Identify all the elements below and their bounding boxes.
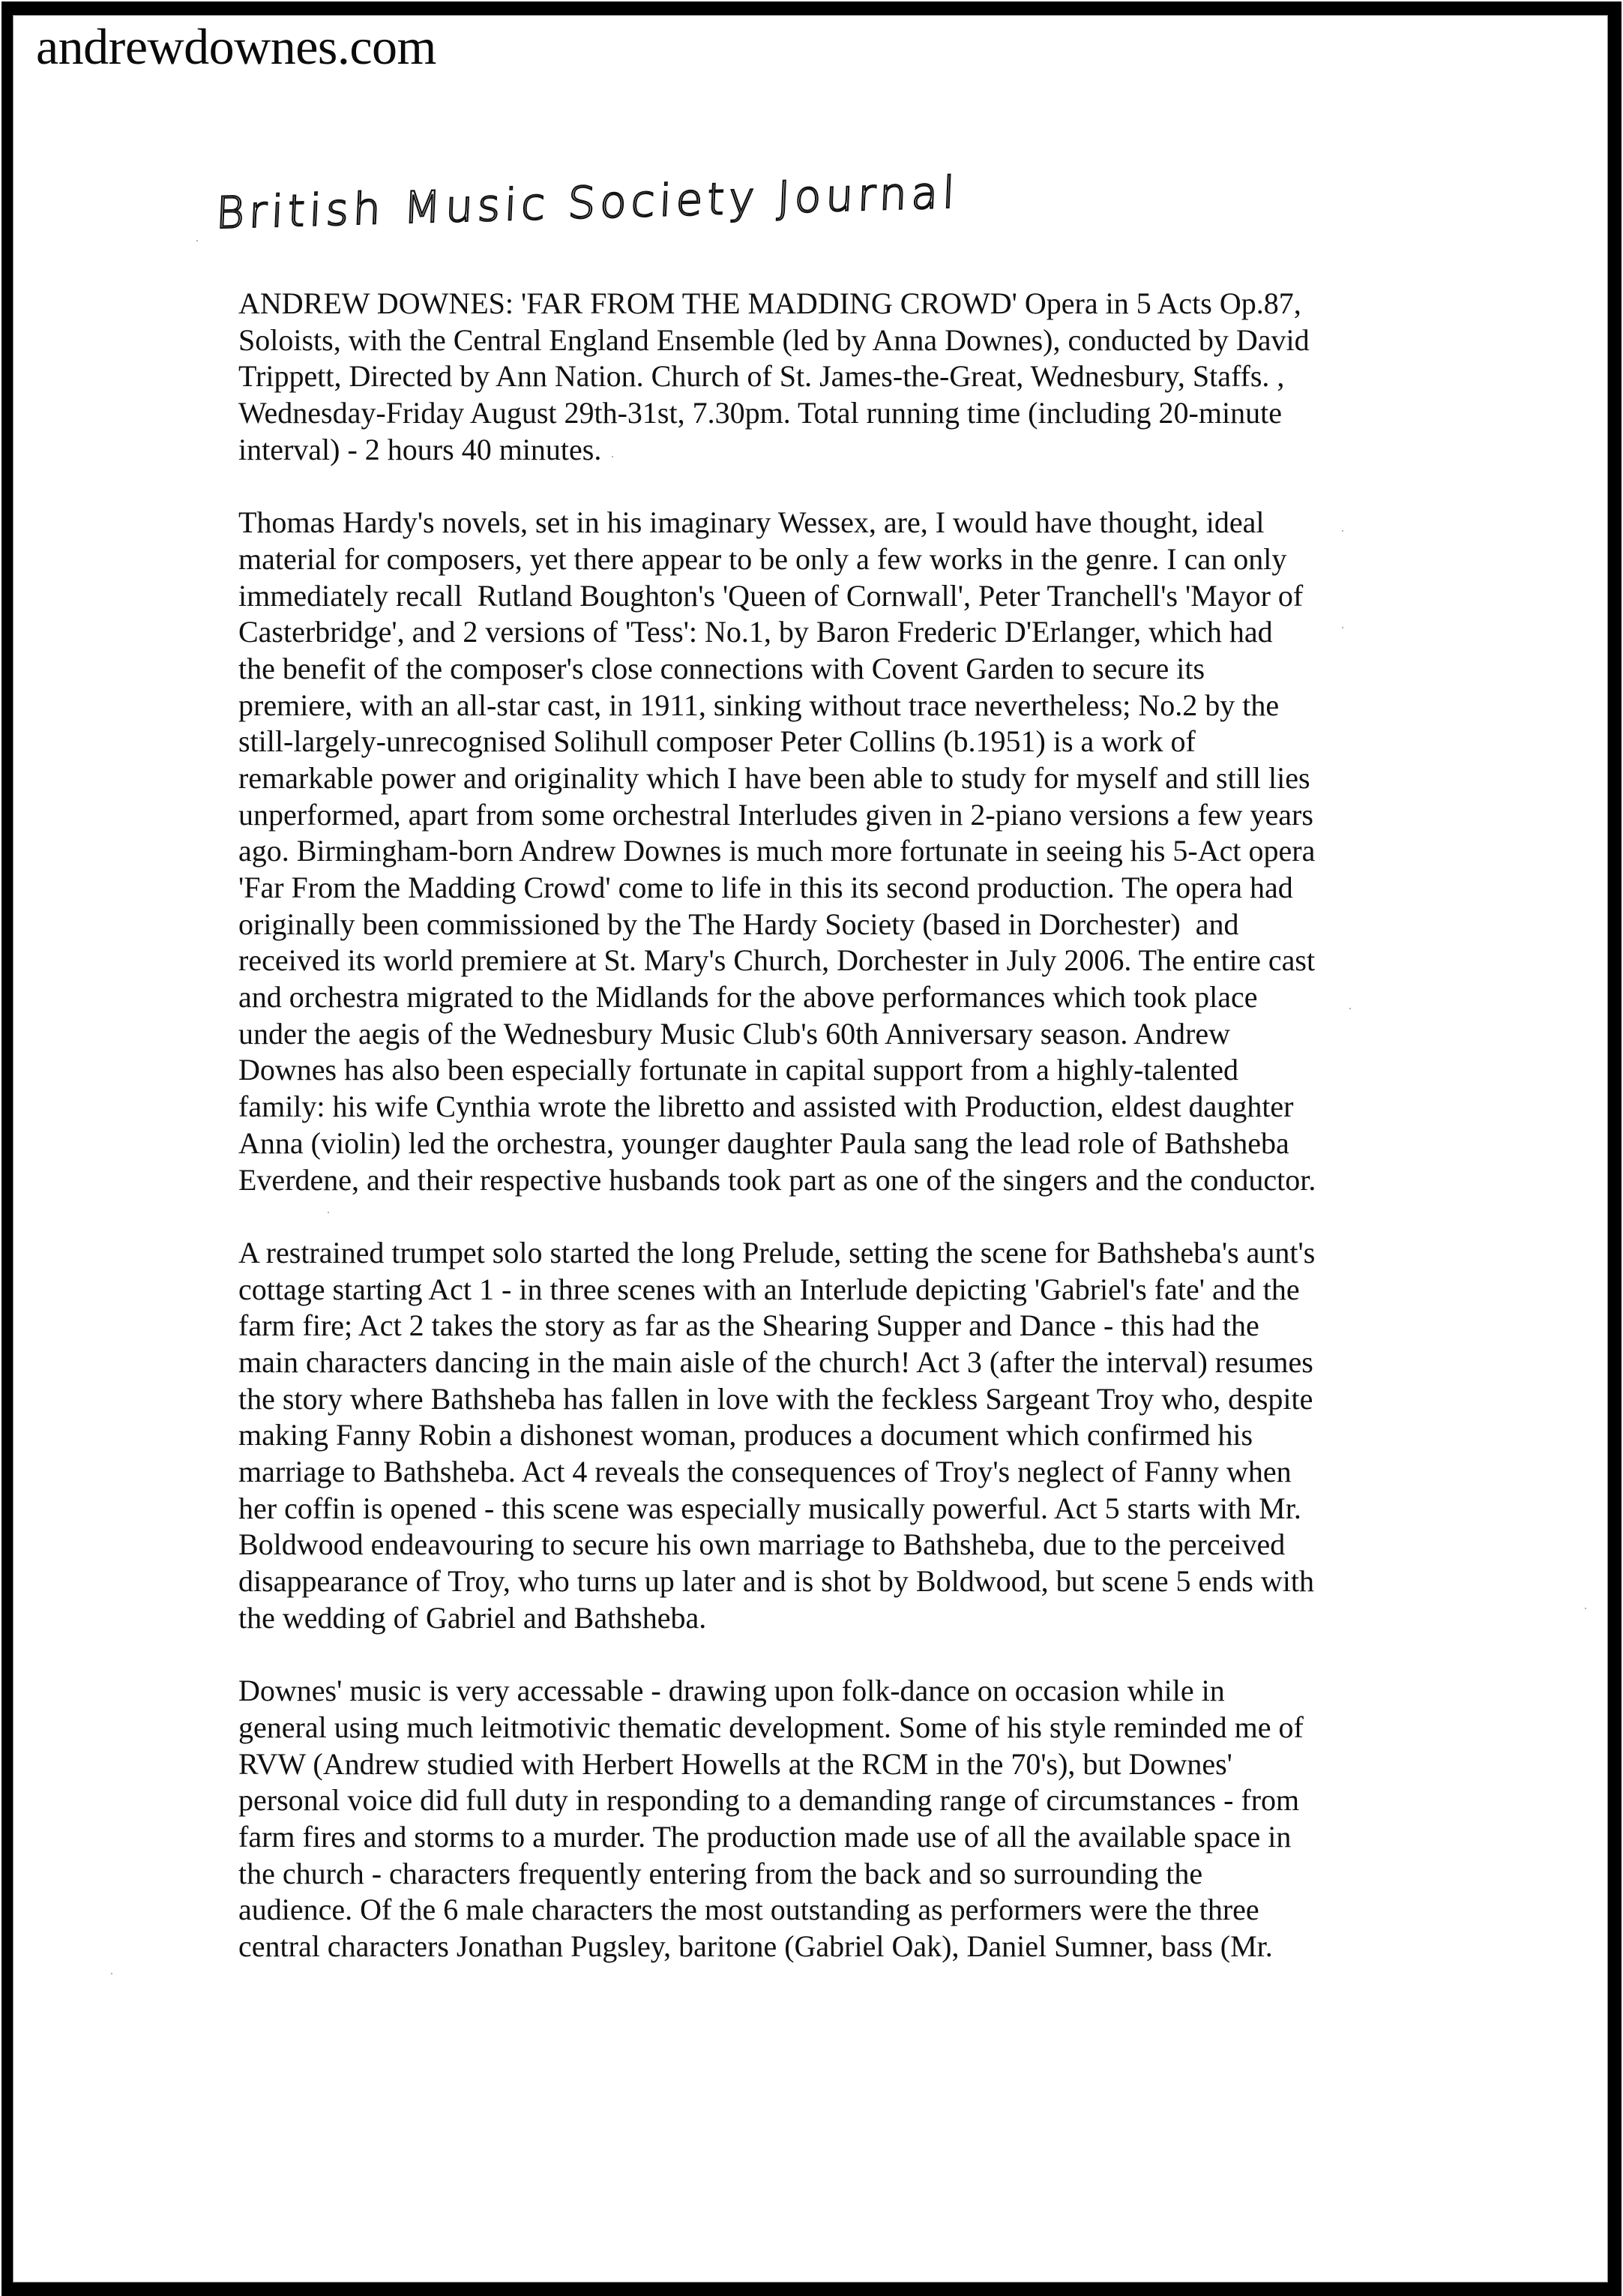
text-line: Anna (violin) led the orchestra, younger… (238, 1126, 1408, 1162)
text-line: central characters Jonathan Pugsley, bar… (238, 1929, 1408, 1965)
paragraph-music: Downes' music is very accessable - drawi… (238, 1673, 1408, 1965)
text-line: still-largely-unrecognised Solihull comp… (238, 724, 1408, 760)
text-line: the wedding of Gabriel and Bathsheba. (238, 1600, 1408, 1637)
text-line: ago. Birmingham-born Andrew Downes is mu… (238, 833, 1408, 870)
paragraph-synopsis: A restrained trumpet solo started the lo… (238, 1235, 1408, 1637)
text-line: disappearance of Troy, who turns up late… (238, 1563, 1408, 1600)
text-line: Wednesday-Friday August 29th-31st, 7.30p… (238, 395, 1408, 432)
scan-speck (1349, 1008, 1351, 1009)
text-line: material for composers, yet there appear… (238, 541, 1408, 578)
text-line: farm fire; Act 2 takes the story as far … (238, 1308, 1408, 1344)
handwritten-title-text: British Music Society Journal (215, 166, 960, 238)
text-line: the church - characters frequently enter… (238, 1856, 1408, 1893)
text-line: personal voice did full duty in respondi… (238, 1782, 1408, 1819)
text-line: under the aegis of the Wednesbury Music … (238, 1016, 1408, 1053)
paragraph-listing: ANDREW DOWNES: 'FAR FROM THE MADDING CRO… (238, 286, 1408, 468)
text-line: interval) - 2 hours 40 minutes. (238, 432, 1408, 469)
text-line: making Fanny Robin a dishonest woman, pr… (238, 1417, 1408, 1454)
text-line: general using much leitmotivic thematic … (238, 1710, 1408, 1746)
text-line: marriage to Bathsheba. Act 4 reveals the… (238, 1454, 1408, 1491)
scan-speck (1342, 530, 1343, 532)
text-line: Downes has also been especially fortunat… (238, 1052, 1408, 1089)
text-line: cottage starting Act 1 - in three scenes… (238, 1272, 1408, 1308)
scan-speck (328, 1212, 329, 1213)
scan-speck (1585, 1608, 1586, 1609)
scan-speck (612, 456, 613, 457)
text-line: premiere, with an all-star cast, in 1911… (238, 688, 1408, 724)
text-line: received its world premiere at St. Mary'… (238, 943, 1408, 979)
text-line: Downes' music is very accessable - drawi… (238, 1673, 1408, 1710)
handwritten-journal-title: British Music Society Journal (219, 177, 969, 244)
scan-speck (1342, 627, 1343, 628)
text-line: Soloists, with the Central England Ensem… (238, 322, 1408, 359)
text-line: Boldwood endeavouring to secure his own … (238, 1527, 1408, 1563)
handwriting-svg: British Music Society Journal (219, 177, 969, 244)
text-line: Thomas Hardy's novels, set in his imagin… (238, 505, 1408, 541)
article-body: ANDREW DOWNES: 'FAR FROM THE MADDING CRO… (238, 286, 1408, 2001)
text-line: originally been commissioned by the The … (238, 907, 1408, 943)
text-line: ANDREW DOWNES: 'FAR FROM THE MADDING CRO… (238, 286, 1408, 322)
text-line: and orchestra migrated to the Midlands f… (238, 979, 1408, 1016)
text-line: Everdene, and their respective husbands … (238, 1162, 1408, 1199)
text-line: Trippett, Directed by Ann Nation. Church… (238, 358, 1408, 395)
paragraph-background: Thomas Hardy's novels, set in his imagin… (238, 505, 1408, 1198)
text-line: the story where Bathsheba has fallen in … (238, 1381, 1408, 1418)
text-line: unperformed, apart from some orchestral … (238, 797, 1408, 834)
text-line: Casterbridge', and 2 versions of 'Tess':… (238, 614, 1408, 651)
text-line: A restrained trumpet solo started the lo… (238, 1235, 1408, 1272)
text-line: her coffin is opened - this scene was es… (238, 1491, 1408, 1527)
scan-speck (196, 240, 198, 241)
text-line: remarkable power and originality which I… (238, 760, 1408, 797)
text-line: audience. Of the 6 male characters the m… (238, 1892, 1408, 1929)
text-line: the benefit of the composer's close conn… (238, 651, 1408, 688)
text-line: RVW (Andrew studied with Herbert Howells… (238, 1746, 1408, 1783)
text-line: 'Far From the Madding Crowd' come to lif… (238, 870, 1408, 907)
text-line: main characters dancing in the main aisl… (238, 1344, 1408, 1381)
text-line: farm fires and storms to a murder. The p… (238, 1819, 1408, 1856)
site-header: andrewdownes.com (36, 16, 436, 76)
scan-speck (111, 1973, 112, 1974)
text-line: immediately recall Rutland Boughton's 'Q… (238, 578, 1408, 615)
text-line: family: his wife Cynthia wrote the libre… (238, 1089, 1408, 1126)
